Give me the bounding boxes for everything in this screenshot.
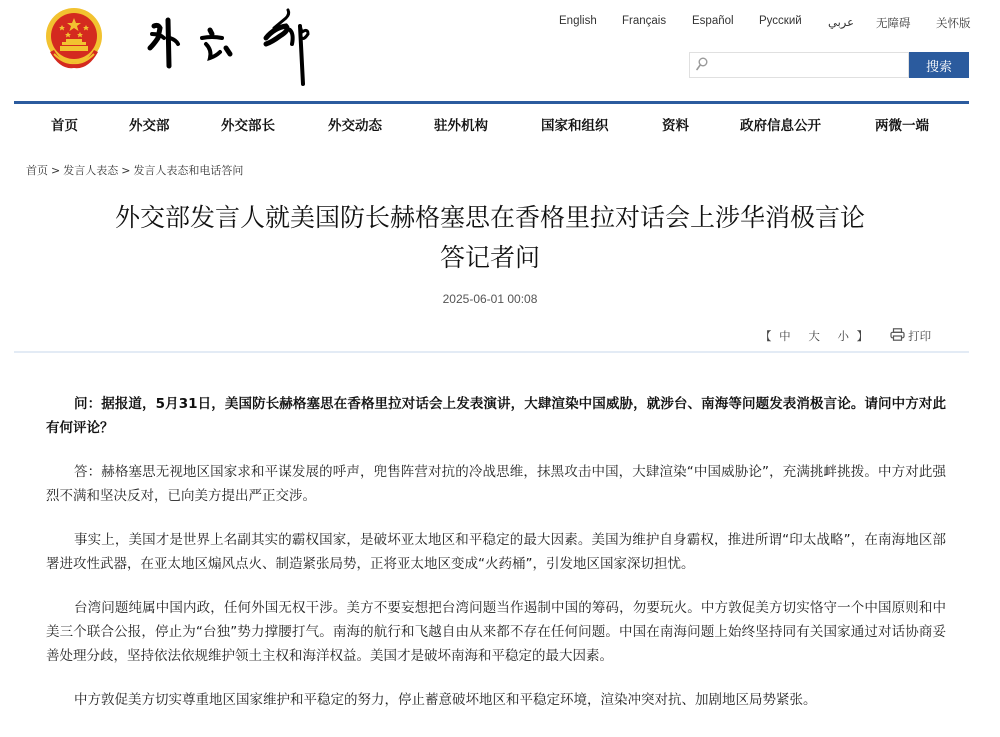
print-button[interactable]: 打印 (890, 328, 931, 344)
lang-spanish-link[interactable]: Español (692, 15, 734, 27)
nav-item-social-media[interactable]: 两微一端 (875, 114, 929, 134)
article-body: 问：据报道，5月31日，美国防长赫格塞思在香格里拉对话会上发表演讲，大肆渲染中国… (46, 392, 946, 732)
font-size-medium-button[interactable]: 中 (779, 329, 791, 343)
article-paragraph: 事实上，美国才是世界上名副其实的霸权国家，是破坏亚太地区和平稳定的最大因素。美国… (46, 528, 946, 576)
question-paragraph: 问：据报道，5月31日，美国防长赫格塞思在香格里拉对话会上发表演讲，大肆渲染中国… (46, 392, 946, 440)
breadcrumb-separator: > (51, 164, 60, 177)
lang-russian-link[interactable]: Русский (759, 15, 802, 27)
ministry-logo[interactable] (140, 4, 330, 90)
national-emblem-icon[interactable] (40, 6, 108, 72)
search-box (689, 52, 909, 78)
nav-item-ministry[interactable]: 外交部 (129, 114, 170, 134)
nav-item-resources[interactable]: 资料 (662, 114, 689, 134)
bracket-close: 】 (857, 329, 869, 343)
answer-paragraph: 答：赫格塞思无视地区国家求和平谋发展的呼声，兜售阵营对抗的冷战思维，抹黑攻击中国… (46, 460, 946, 508)
main-nav: 首页 外交部 外交部长 外交动态 驻外机构 国家和组织 资料 政府信息公开 两微… (14, 104, 969, 142)
accessibility-link[interactable]: 无障碍 (876, 15, 911, 31)
article-paragraph: 台湾问题纯属中国内政，任何外国无权干涉。美方不要妄想把台湾问题当作遏制中国的筹码… (46, 596, 946, 668)
breadcrumb-spokesperson[interactable]: 发言人表态 (63, 164, 118, 177)
print-label: 打印 (908, 328, 931, 344)
page-title: 外交部发言人就美国防长赫格塞思在香格里拉对话会上涉华消极言论 答记者问 (30, 198, 950, 278)
bracket-open: 【 (760, 329, 772, 343)
lang-english-link[interactable]: English (559, 15, 597, 27)
breadcrumb: 首页>发言人表态>发言人表态和电话答问 (26, 162, 243, 178)
publish-date: 2025-06-01 00:08 (0, 292, 980, 306)
printer-icon (890, 328, 908, 344)
nav-item-diplomatic-activities[interactable]: 外交动态 (328, 114, 382, 134)
article-tools: 【 中 大 小 】 打印 (760, 328, 931, 344)
breadcrumb-current[interactable]: 发言人表态和电话答问 (133, 164, 243, 177)
font-size-controls: 【 中 大 小 】 (760, 328, 868, 344)
content-divider (14, 351, 969, 353)
elderly-care-version-link[interactable]: 关怀版 (936, 15, 971, 31)
breadcrumb-separator: > (121, 164, 130, 177)
search-icon (696, 56, 708, 75)
title-line-2: 答记者问 (30, 238, 950, 278)
font-size-small-button[interactable]: 小 (837, 329, 849, 343)
lang-arabic-link[interactable]: عربي (828, 15, 854, 29)
site-header: English Français Español Русский عربي 无障… (0, 0, 1000, 100)
nav-item-countries-organizations[interactable]: 国家和组织 (541, 114, 609, 134)
nav-item-government-info[interactable]: 政府信息公开 (740, 114, 821, 134)
article-paragraph: 中方敦促美方切实尊重地区国家维护和平稳定的努力，停止蓄意破坏地区和平稳定环境，渲… (46, 688, 946, 712)
title-line-1: 外交部发言人就美国防长赫格塞思在香格里拉对话会上涉华消极言论 (30, 198, 950, 238)
nav-item-home[interactable]: 首页 (51, 114, 78, 134)
breadcrumb-home[interactable]: 首页 (26, 164, 48, 177)
search-button[interactable]: 搜索 (909, 52, 969, 78)
nav-item-minister[interactable]: 外交部长 (221, 114, 275, 134)
font-size-large-button[interactable]: 大 (808, 329, 820, 343)
nav-item-missions-abroad[interactable]: 驻外机构 (434, 114, 488, 134)
lang-french-link[interactable]: Français (622, 15, 666, 27)
search-input[interactable] (708, 53, 908, 77)
